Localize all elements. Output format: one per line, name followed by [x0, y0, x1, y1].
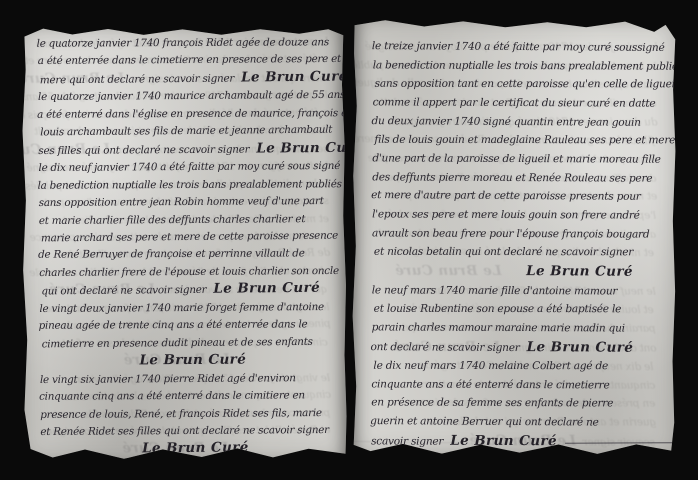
line-text: le vingt deux janvier 1740 marie forget …: [39, 301, 324, 315]
line-text: presence de louis, René, et françois Rid…: [40, 407, 322, 421]
manuscript-line: de René Berruyer de françoise et perrinn…: [38, 246, 337, 265]
line-text: l'epoux ses pere et mere louis gouin son…: [372, 208, 640, 221]
cure-signature: Le Brun Curé: [256, 139, 347, 156]
manuscript-line: cinquante ans a été enterré dans le cime…: [371, 375, 667, 395]
line-text: mere qui ont declaré ne scavoir signer: [40, 72, 234, 86]
line-text: des deffunts pierre moreau et Renée Roul…: [372, 171, 652, 184]
manuscript-line: le dix neuf janvier 1740 a été faitte pa…: [38, 158, 337, 178]
line-text: louis archambault ses fils de marie et j…: [40, 124, 332, 139]
manuscript-line: le dix neuf mars 1740 melaine Colbert ag…: [373, 357, 669, 376]
manuscript-line: Le Brun Curé: [40, 351, 339, 372]
cure-signature: Le Brun Curé: [213, 280, 320, 297]
manuscript-line: Le Brun Curé: [42, 439, 341, 460]
manuscript-line: scavoir signerLe Brun Curé: [371, 431, 667, 452]
manuscript-line: pineau agée de trente cinq ans a été ent…: [39, 316, 338, 335]
manuscript-line: le vingt deux janvier 1740 marie forget …: [39, 299, 338, 319]
scanner-background: le quatorze janvier 1740 françois Ridet …: [0, 0, 698, 480]
line-text: comme il appert par le certificat du sie…: [373, 96, 656, 109]
cure-signature: Le Brun Curé: [526, 263, 633, 280]
manuscript-line: le neuf mars 1740 marie fille d'antoine …: [372, 281, 668, 301]
manuscript-line: le quatorze janvier 1740 françois Ridet …: [37, 34, 336, 53]
line-text: cimetierre en presence dudit pineau et d…: [42, 335, 313, 350]
manuscript-line: la benediction nuptialle les trois bans …: [373, 56, 669, 76]
line-text: le quatorze janvier 1740 maurice archamb…: [38, 89, 345, 103]
manuscript-line: des deffunts pierre moreau et Renée Roul…: [372, 168, 668, 188]
line-text: marie archard ses pere et mere de cette …: [41, 230, 338, 245]
manuscript-line: l'epoux ses pere et mere louis gouin son…: [372, 205, 668, 225]
cure-signature: Le Brun Curé: [241, 68, 348, 85]
line-text: guerin et antoine Berruer qui ont declar…: [370, 415, 598, 428]
manuscript-line: parain charles mamour maraine marie madi…: [372, 318, 668, 338]
manuscript-line: sans opposition entre jean Robin homme v…: [39, 193, 338, 213]
line-text: le quatorze janvier 1740 françois Ridet …: [37, 36, 329, 49]
cure-signature: Le Brun Curé: [139, 352, 246, 369]
line-text: ont declaré ne scavoir signer: [370, 341, 519, 354]
line-text: sans opposition entre jean Robin homme v…: [39, 195, 324, 209]
cure-signature: Le Brun Curé: [527, 339, 634, 356]
manuscript-line: comme il appert par le certificat du sie…: [373, 93, 669, 113]
manuscript-page-left: le quatorze janvier 1740 françois Ridet …: [20, 24, 347, 462]
line-text: le treize janvier 1740 a été faitte par …: [372, 40, 665, 54]
line-text: cinquante cinq ans a été enterré dans le…: [39, 389, 305, 402]
line-text: pineau agée de trente cinq ans a été ent…: [39, 319, 308, 332]
line-text: et mere d'autre part de cette paroisse p…: [371, 189, 641, 203]
line-text: le vingt six janvier 1740 pierre Ridet a…: [40, 372, 296, 386]
manuscript-line: louis archambault ses fils de marie et j…: [40, 122, 339, 142]
manuscript-line: cimetierre en presence dudit pineau et d…: [42, 333, 341, 353]
cure-signature: Le Brun Curé: [450, 433, 557, 449]
line-text: du deux janvier 1740 signé quantin entre…: [371, 115, 640, 129]
line-text: sans opposition tant en cette paroisse q…: [375, 78, 677, 91]
manuscript-line: guerin et antoine Berruer qui ont declar…: [370, 412, 666, 433]
manuscript-line: fils de louis gouin et madeglaine Raulea…: [374, 131, 670, 150]
line-text: a été enterrée dans le cimetierre en pre…: [38, 53, 341, 67]
manuscript-line: Le Brun Curé: [371, 261, 667, 283]
line-text: ses filles qui ont declaré ne scavoir si…: [38, 143, 249, 156]
line-text: en présence de sa femme ses enfants de p…: [371, 397, 613, 410]
manuscript-line: d'une part de la paroisse de ligueil et …: [372, 149, 668, 169]
manuscript-page-right: le treize janvier 1740 a été faitte par …: [351, 18, 677, 457]
manuscript-line: du deux janvier 1740 signé quantin entre…: [371, 112, 667, 133]
manuscript-line: le vingt six janvier 1740 pierre Ridet a…: [40, 370, 339, 390]
line-text: scavoir signer: [371, 435, 443, 447]
manuscript-line: sans opposition tant en cette paroisse q…: [375, 75, 671, 94]
line-text: et marie charlier fille des deffunts cha…: [39, 213, 305, 227]
line-text: avrault son beau frere pour l'épouse fra…: [372, 227, 649, 240]
line-text: a été enterré dans l'église en presence …: [37, 107, 347, 121]
line-text: et Renée Ridet ses filles qui ont declar…: [40, 424, 329, 438]
line-text: d'une part de la paroisse de ligueil et …: [372, 152, 660, 165]
line-text: et nicolas betalin qui ont declaré ne sc…: [374, 246, 633, 258]
line-text: de René Berruyer de françoise et perrinn…: [38, 248, 305, 261]
line-text: charles charlier frere de l'épouse et lo…: [39, 265, 339, 279]
handwritten-text-left: le quatorze janvier 1740 françois Ridet …: [20, 24, 347, 462]
line-text: le dix neuf janvier 1740 a été faitte pa…: [38, 160, 340, 174]
line-text: le neuf mars 1740 marie fille d'antoine …: [372, 284, 618, 297]
manuscript-line: cinquante cinq ans a été enterré dans le…: [39, 387, 338, 406]
manuscript-line: presence de louis, René, et françois Rid…: [40, 404, 339, 424]
line-text: fils de louis gouin et madeglaine Raulea…: [374, 134, 675, 147]
signature-flourish-line: [565, 442, 677, 444]
line-text: et louise Rubentine son epouse a été bap…: [374, 303, 621, 315]
handwritten-text-right: le treize janvier 1740 a été faitte par …: [351, 18, 677, 457]
manuscript-line: mere qui ont declaré ne scavoir signerLe…: [40, 68, 339, 89]
manuscript-line: et mere d'autre part de cette paroisse p…: [371, 186, 667, 207]
manuscript-line: ont declaré ne scavoir signerLe Brun Cur…: [370, 337, 666, 359]
manuscript-line: et nicolas betalin qui ont declaré ne sc…: [374, 243, 670, 262]
manuscript-line: le quatorze janvier 1740 maurice archamb…: [38, 87, 337, 107]
line-text: la benediction nuptialle les trois bans …: [373, 59, 677, 72]
manuscript-line: ses filles qui ont declaré ne scavoir si…: [38, 140, 337, 161]
manuscript-line: la benediction nuptialle les trois bans …: [38, 176, 337, 195]
line-text: le dix neuf mars 1740 melaine Colbert ag…: [373, 360, 608, 372]
manuscript-line: avrault son beau frere pour l'épouse fra…: [372, 224, 668, 244]
cure-signature: Le Brun Curé: [142, 440, 249, 457]
manuscript-line: le treize janvier 1740 a été faitte par …: [372, 37, 668, 58]
manuscript-line: en présence de sa femme ses enfants de p…: [371, 394, 667, 414]
manuscript-line: qui ont declaré ne scavoir signerLe Brun…: [41, 280, 340, 301]
line-text: la benediction nuptialle les trois bans …: [38, 178, 342, 191]
line-text: parain charles mamour maraine marie madi…: [372, 321, 625, 334]
manuscript-line: et louise Rubentine son epouse a été bap…: [374, 300, 670, 319]
line-text: cinquante ans a été enterré dans le cime…: [371, 378, 609, 391]
line-text: qui ont declaré ne scavoir signer: [41, 284, 206, 298]
